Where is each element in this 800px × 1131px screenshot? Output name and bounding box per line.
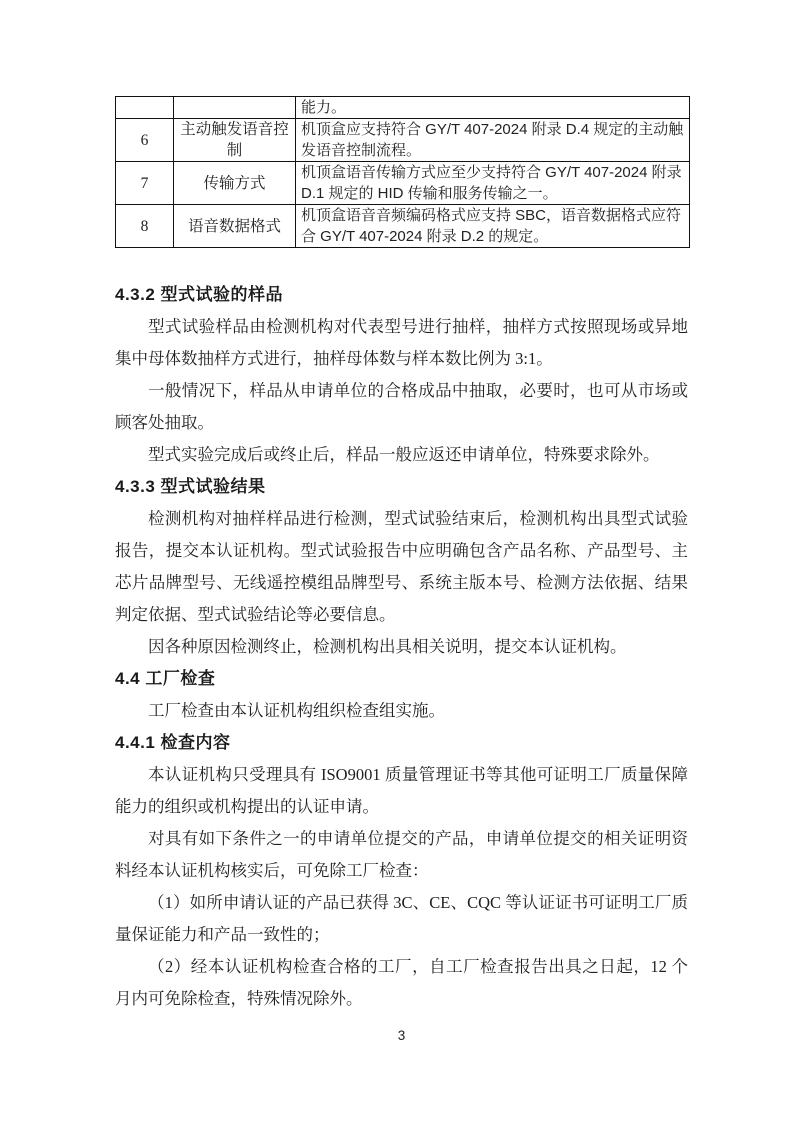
paragraph: 检测机构对抽样样品进行检测，型式试验结束后，检测机构出具型式试验报告，提交本认证… — [115, 503, 688, 631]
row-requirement-cell: 能力。 — [296, 97, 690, 119]
table-row: 6 主动触发语音控制 机顶盒应支持符合 GY/T 407-2024 附录 D.4… — [116, 119, 690, 162]
section-heading-4-3-2: 4.3.2 型式试验的样品 — [115, 279, 688, 311]
row-item-cell — [174, 97, 296, 119]
section-heading-4-4: 4.4 工厂检查 — [115, 663, 688, 695]
document-page: 能力。 6 主动触发语音控制 机顶盒应支持符合 GY/T 407-2024 附录… — [0, 0, 800, 1131]
paragraph: （2）经本认证机构检查合格的工厂，自工厂检查报告出具之日起，12 个月内可免除检… — [115, 951, 688, 1015]
paragraph: 对具有如下条件之一的申请单位提交的产品，申请单位提交的相关证明资料经本认证机构核… — [115, 823, 688, 887]
row-requirement-cell: 机顶盒应支持符合 GY/T 407-2024 附录 D.4 规定的主动触发语音控… — [296, 119, 690, 162]
page-number: 3 — [115, 1028, 688, 1043]
section-heading-4-3-3: 4.3.3 型式试验结果 — [115, 471, 688, 503]
paragraph: 本认证机构只受理具有 ISO9001 质量管理证书等其他可证明工厂质量保障能力的… — [115, 759, 688, 823]
paragraph: 一般情况下，样品从申请单位的合格成品中抽取，必要时，也可从市场或顾客处抽取。 — [115, 375, 688, 439]
table-row: 7 传输方式 机顶盒语音传输方式应至少支持符合 GY/T 407-2024 附录… — [116, 162, 690, 205]
row-item-cell: 传输方式 — [174, 162, 296, 205]
paragraph: 型式试验样品由检测机构对代表型号进行抽样，抽样方式按照现场或异地集中母体数抽样方… — [115, 311, 688, 375]
document-content: 能力。 6 主动触发语音控制 机顶盒应支持符合 GY/T 407-2024 附录… — [115, 96, 688, 1015]
row-item-cell: 主动触发语音控制 — [174, 119, 296, 162]
row-item-cell: 语音数据格式 — [174, 205, 296, 248]
section-heading-4-4-1: 4.4.1 检查内容 — [115, 727, 688, 759]
row-number-cell — [116, 97, 174, 119]
table-row: 能力。 — [116, 97, 690, 119]
paragraph: 因各种原因检测终止，检测机构出具相关说明，提交本认证机构。 — [115, 631, 688, 663]
row-requirement-cell: 机顶盒语音音频编码格式应支持 SBC，语音数据格式应符合 GY/T 407-20… — [296, 205, 690, 248]
row-number-cell: 6 — [116, 119, 174, 162]
row-number-cell: 7 — [116, 162, 174, 205]
table-row: 8 语音数据格式 机顶盒语音音频编码格式应支持 SBC，语音数据格式应符合 GY… — [116, 205, 690, 248]
row-requirement-cell: 机顶盒语音传输方式应至少支持符合 GY/T 407-2024 附录 D.1 规定… — [296, 162, 690, 205]
requirements-table: 能力。 6 主动触发语音控制 机顶盒应支持符合 GY/T 407-2024 附录… — [115, 96, 690, 248]
paragraph: 工厂检查由本认证机构组织检查组实施。 — [115, 695, 688, 727]
row-number-cell: 8 — [116, 205, 174, 248]
paragraph: （1）如所申请认证的产品已获得 3C、CE、CQC 等认证证书可证明工厂质量保证… — [115, 887, 688, 951]
paragraph: 型式实验完成后或终止后，样品一般应返还申请单位，特殊要求除外。 — [115, 439, 688, 471]
